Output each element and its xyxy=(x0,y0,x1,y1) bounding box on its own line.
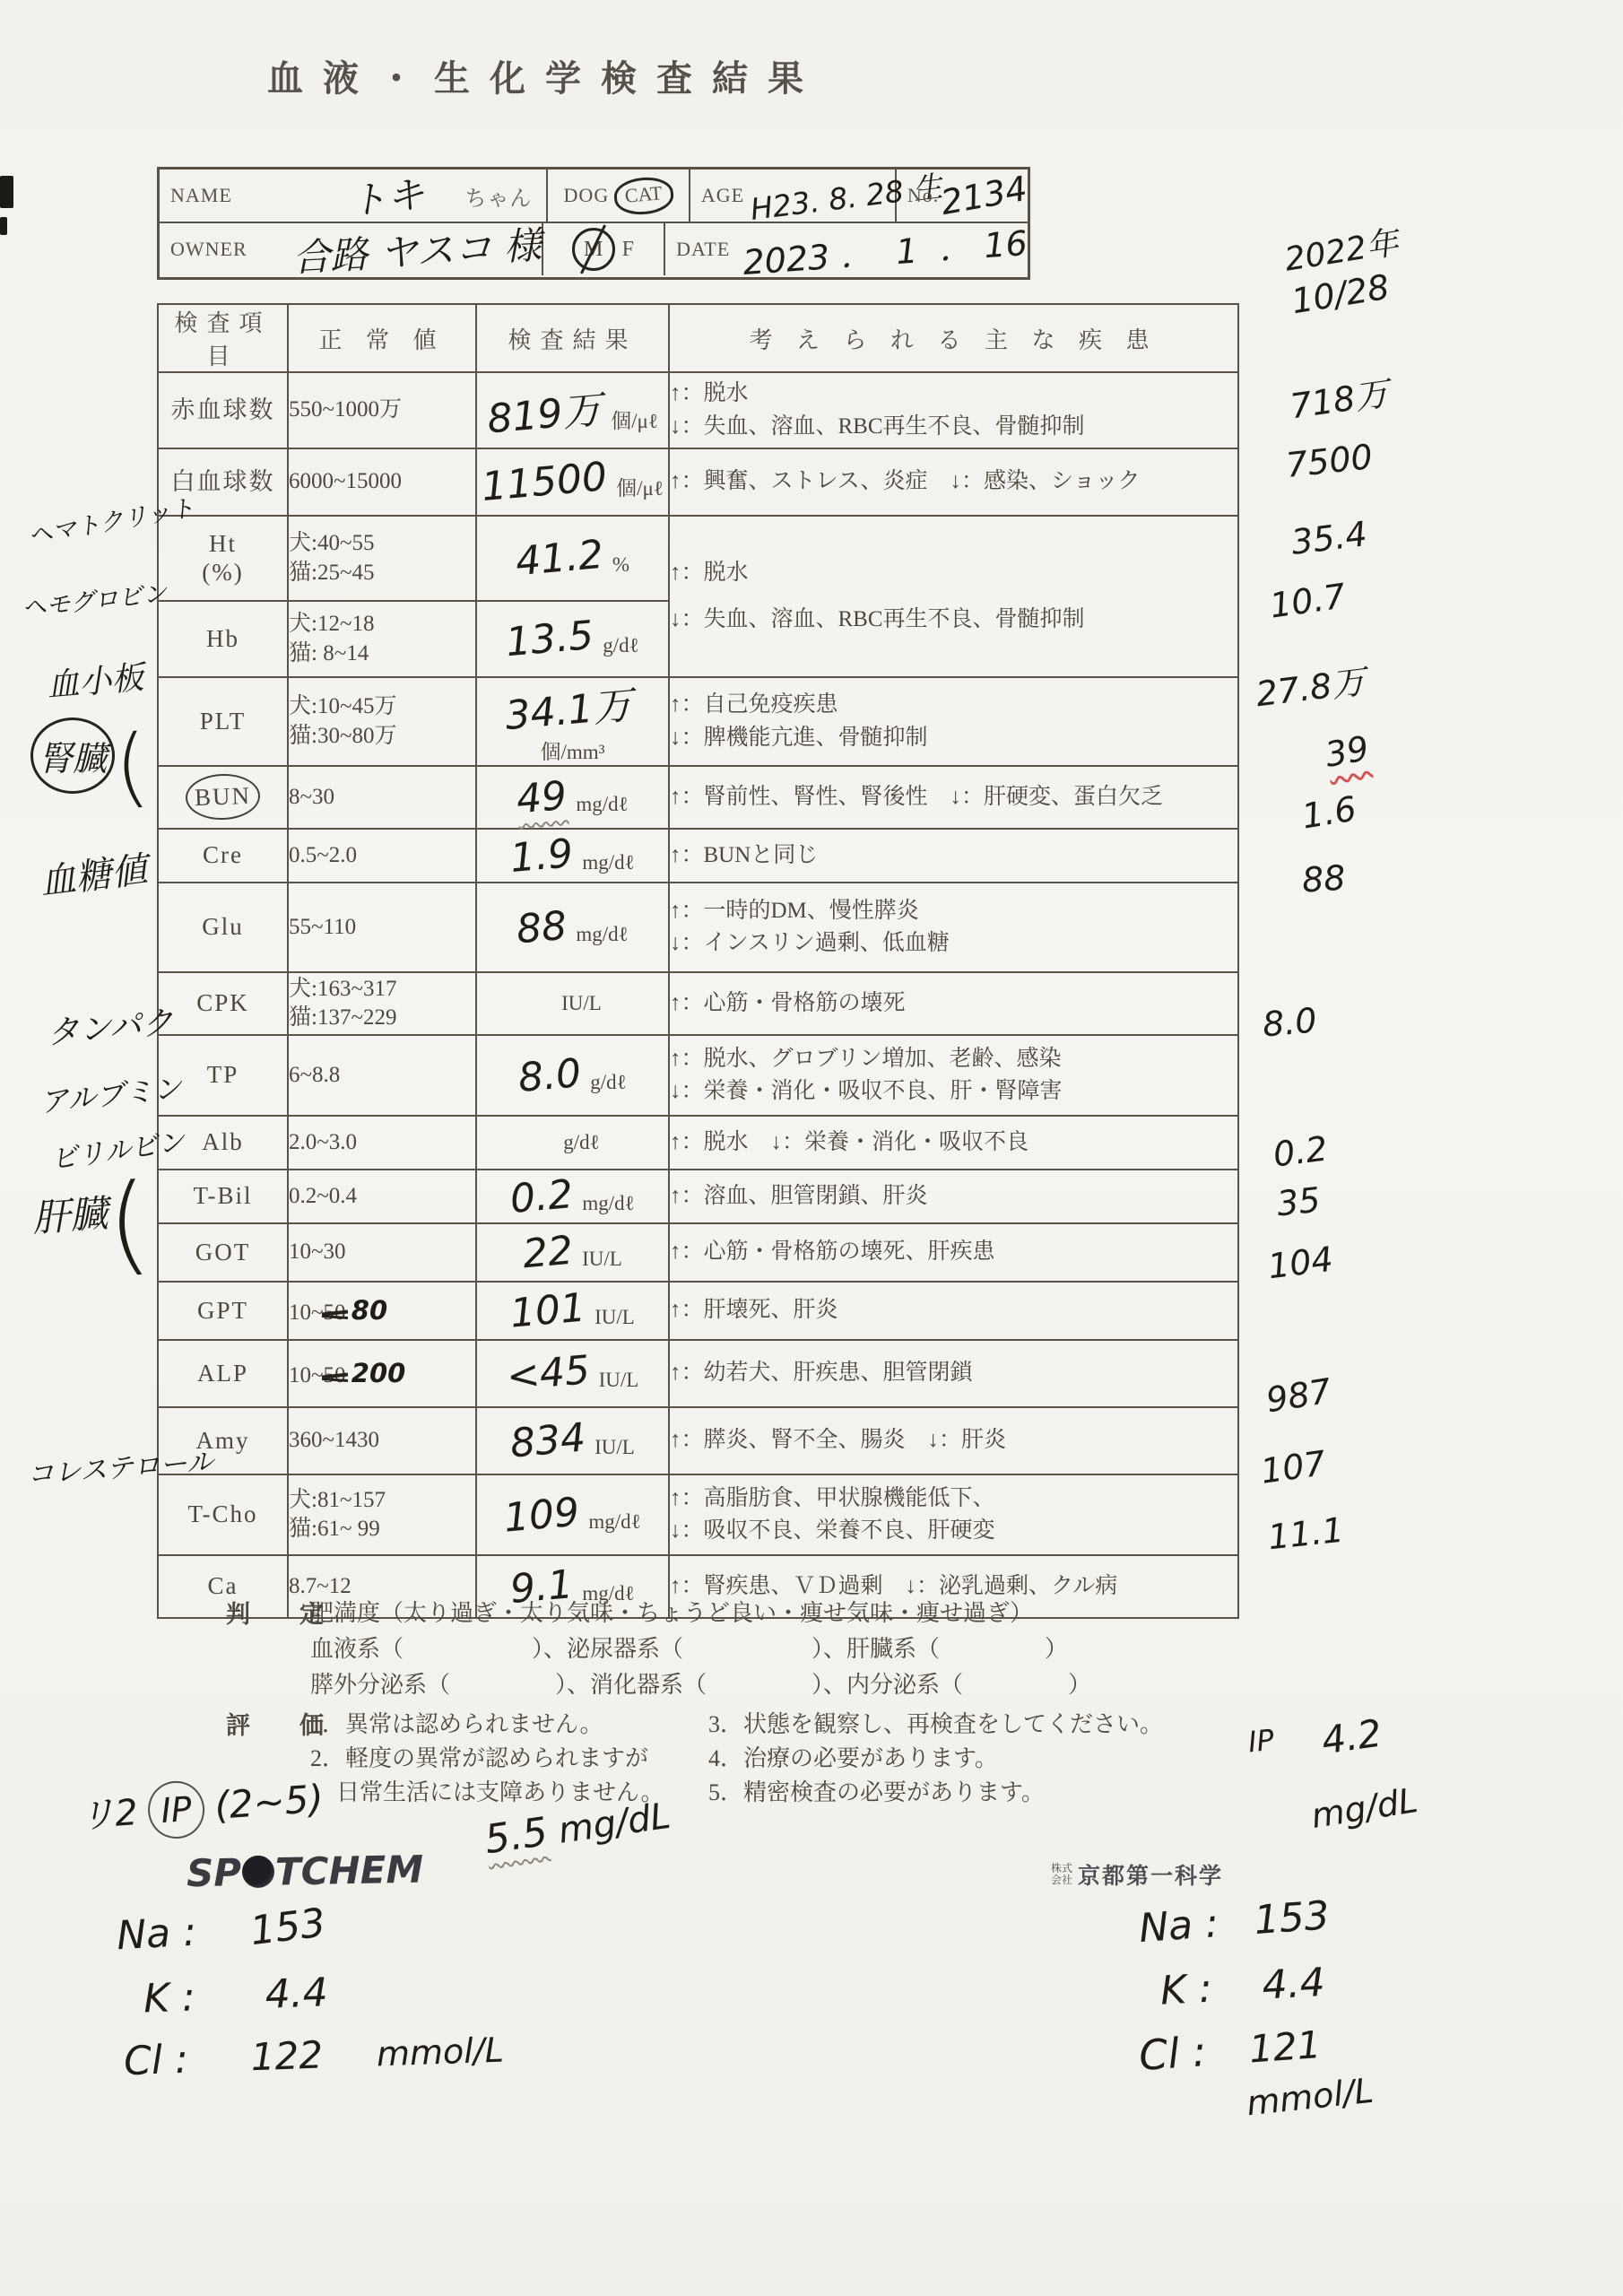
test-item-cell: T-Bil xyxy=(158,1170,288,1223)
na-value-right: 153 xyxy=(1253,1892,1331,1944)
circled-item-label: BUN xyxy=(185,773,261,822)
table-row: T-Bil0.2~0.40.2mg/dℓ↑：溶血、胆管閉鎖、肝炎 xyxy=(158,1170,1238,1223)
k-value-right: 4.4 xyxy=(1261,1960,1326,2009)
disease-cell: ↑：脱水↓：失血、溶血、RBC再生不良、骨髄抑制 xyxy=(669,516,1238,677)
margin-value-ca: 11.1 xyxy=(1266,1510,1346,1558)
table-row: PLT犬:10~45万猫:30~80万34.1万個/mm³↑：自己免疫疾患↓：脾… xyxy=(158,677,1238,766)
normal-range-cell: 6000~15000 xyxy=(288,448,476,516)
result-unit: IU/L xyxy=(582,1248,622,1270)
na-value: 153 xyxy=(247,1900,328,1954)
disease-cell: ↑：脱水、グロブリン増加、老齢、感染↓：栄養・消化・吸収不良、肝・腎障害 xyxy=(669,1035,1238,1116)
result-cell: 41.2% xyxy=(476,516,669,601)
normal-range-cell: 360~1430 xyxy=(288,1407,476,1474)
result-unit: g/dℓ xyxy=(563,1131,599,1153)
normal-range-cell: 10~30 xyxy=(288,1223,476,1282)
result-cell: 22IU/L xyxy=(476,1223,669,1282)
result-unit: mg/dℓ xyxy=(576,923,628,945)
disease-cell: ↑：腎前性、腎性、腎後性 ↓：肝硬変、蛋白欠乏 xyxy=(669,766,1238,829)
disease-cell: ↑：BUNと同じ xyxy=(669,829,1238,883)
evaluation-item1: 1．異常は認められません。 xyxy=(310,1706,603,1739)
table-row: GPT10~50 80101IU/L↑：肝壊死、肝炎 xyxy=(158,1282,1238,1340)
result-unit: IU/L xyxy=(561,992,602,1014)
margin-value-wbc: 7500 xyxy=(1284,437,1375,485)
na-label: Na : xyxy=(116,1909,197,1960)
table-row: Amy360~1430834IU/L↑：膵炎、腎不全、腸炎 ↓：肝炎 xyxy=(158,1407,1238,1474)
result-value: 34.1万 xyxy=(502,673,634,741)
table-row: 白血球数6000~1500011500個/μℓ↑：興奮、ストレス、炎症 ↓：感染… xyxy=(158,448,1238,516)
name-cell: NAME トキ ちゃん xyxy=(160,170,548,222)
left-note-hemoglobin: ヘモグロビン xyxy=(20,574,168,624)
margin-value-glu: 88 xyxy=(1301,857,1347,900)
result-unit: 個/μℓ xyxy=(611,410,658,432)
scan-artifact xyxy=(0,176,13,208)
cl-value-right: 121 xyxy=(1247,2022,1322,2071)
test-item-cell: Ht(%) xyxy=(158,516,288,601)
header-row-top: NAME トキ ちゃん DOG CAT AGE H23. 8. 28 生 No.… xyxy=(160,170,1028,223)
normal-range-cell: 10~50 200 xyxy=(288,1340,476,1407)
result-unit: g/dℓ xyxy=(590,1071,626,1093)
margin-value-gpt: 104 xyxy=(1266,1239,1335,1287)
owner-label: OWNER xyxy=(170,238,247,261)
normal-range-cell: 10~50 80 xyxy=(288,1282,476,1340)
normal-range-cell: 犬:40~55猫:25~45 xyxy=(288,516,476,601)
test-item-cell: PLT xyxy=(158,677,288,766)
results-table-wrap: 検査項目正 常 値検査結果考 え ら れ る 主 な 疾 患赤血球数550~10… xyxy=(157,303,1239,1619)
handwritten-correction: 80 xyxy=(352,1294,387,1328)
left-note-glucose: 血糖値 xyxy=(37,841,150,905)
result-cell: g/dℓ xyxy=(476,1116,669,1170)
name-value: トキ xyxy=(346,165,427,226)
result-unit: IU/L xyxy=(595,1306,635,1328)
margin-value-amy: 987 xyxy=(1263,1371,1334,1421)
judgement-line3: 膵外分泌系（ ）、消化器系（ ）、内分泌系（ ） xyxy=(310,1666,1091,1700)
result-value: 109 xyxy=(502,1489,581,1541)
results-table: 検査項目正 常 値検査結果考 え ら れ る 主 な 疾 患赤血球数550~10… xyxy=(157,303,1239,1619)
cl-unit-right: mmol/L xyxy=(1245,2071,1376,2124)
number-cell: No. 2134 xyxy=(897,170,1028,222)
scan-artifact xyxy=(0,217,7,235)
spotchem-logo-left: SP xyxy=(187,1850,242,1895)
result-cell: <45IU/L xyxy=(476,1340,669,1407)
evaluation-item4: 4．治療の必要があります。 xyxy=(708,1740,998,1773)
evaluation-item2: 2．軽度の異常が認められますが xyxy=(310,1740,648,1773)
test-item-cell: T-Cho xyxy=(158,1474,288,1555)
result-unit: IU/L xyxy=(599,1369,639,1391)
margin-value-tcho: 107 xyxy=(1258,1443,1328,1492)
evaluation-item5: 5．精密検査の必要があります。 xyxy=(708,1774,1045,1807)
date-cell: DATE 2023 ． 1 ． 16 xyxy=(665,223,1028,275)
table-row: T-Cho犬:81~157猫:61~ 99109mg/dℓ↑：高脂肪食、甲状腺機… xyxy=(158,1474,1238,1555)
left-note-protein: タンパク xyxy=(45,997,175,1054)
result-unit: 個/mm³ xyxy=(540,741,604,763)
test-item-cell: Cre xyxy=(158,829,288,883)
result-value: 22 xyxy=(521,1228,575,1278)
result-unit: IU/L xyxy=(595,1436,635,1458)
left-note-kidney-circled: 腎臓 xyxy=(30,717,115,794)
table-header-row: 検査項目正 常 値検査結果考 え ら れ る 主 な 疾 患 xyxy=(158,304,1238,372)
result-value: 13.5 xyxy=(504,613,595,665)
table-row: Cre0.5~2.01.9mg/dℓ↑：BUNと同じ xyxy=(158,829,1238,883)
left-note-liver: 肝臓( xyxy=(32,1182,150,1268)
k-label-right: K : xyxy=(1159,1966,1213,2014)
result-value: 101 xyxy=(508,1284,587,1336)
normal-range-cell: 2.0~3.0 xyxy=(288,1116,476,1170)
electrolytes-right: Na :153 K :4.4 Cl :121 mmol/L xyxy=(1139,1898,1374,2117)
patient-info-box: NAME トキ ちゃん DOG CAT AGE H23. 8. 28 生 No.… xyxy=(157,167,1030,280)
margin-value-tp: 8.0 xyxy=(1261,1000,1318,1044)
margin-value-rbc: 718万 xyxy=(1287,366,1392,429)
company-stamp: 株式 会社 京都第一科学 xyxy=(1051,1858,1223,1891)
na-label-right: Na : xyxy=(1138,1900,1220,1952)
result-cell: 49mg/dℓ xyxy=(476,766,669,829)
result-value: <45 xyxy=(505,1347,592,1400)
result-value: 49 xyxy=(515,772,568,822)
date-label: DATE xyxy=(676,238,730,261)
scanned-lab-report: 血液・生化学検査結果 NAME トキ ちゃん DOG CAT AGE H23. … xyxy=(0,0,1623,2296)
table-row: TP6~8.88.0g/dℓ↑：脱水、グロブリン増加、老齢、感染↓：栄養・消化・… xyxy=(158,1035,1238,1116)
margin-value-hb: 10.7 xyxy=(1267,576,1348,625)
result-unit: mg/dℓ xyxy=(576,793,628,815)
sex-cell: M F xyxy=(543,223,666,275)
normal-range-cell: 550~1000万 xyxy=(288,372,476,448)
left-note-liver-text: 肝臓 xyxy=(30,1184,109,1243)
result-value: 88 xyxy=(515,902,568,952)
spotchem-logo: SPTCHEM xyxy=(187,1848,424,1896)
right-ip-label: IP xyxy=(1246,1723,1276,1760)
test-item-cell: ALP xyxy=(158,1340,288,1407)
normal-range-cell: 0.5~2.0 xyxy=(288,829,476,883)
judgement-line2: 血液系（ ）、泌尿器系（ ）、肝臓系（ ） xyxy=(310,1631,1068,1664)
test-item-cell: BUN xyxy=(158,766,288,829)
test-item-cell: Hb xyxy=(158,601,288,677)
disease-cell: ↑：幼若犬、肝疾患、胆管閉鎖 xyxy=(669,1340,1238,1407)
k-value: 4.4 xyxy=(265,1970,329,2017)
result-cell: 109mg/dℓ xyxy=(476,1474,669,1555)
number-label: No. xyxy=(907,184,939,207)
test-item-cell: CPK xyxy=(158,972,288,1035)
disease-cell: ↑：興奮、ストレス、炎症 ↓：感染、ショック xyxy=(669,448,1238,516)
right-ip-value: 4.2 xyxy=(1319,1711,1384,1763)
date-value: 2023 ． 1 ． 16 xyxy=(742,214,1029,283)
result-cell: IU/L xyxy=(476,972,669,1035)
result-unit: mg/dℓ xyxy=(582,1192,634,1214)
margin-value-got: 35 xyxy=(1275,1180,1323,1224)
table-row: BUN8~3049mg/dℓ↑：腎前性、腎性、腎後性 ↓：肝硬変、蛋白欠乏 xyxy=(158,766,1238,829)
sex-male-label: M xyxy=(584,238,603,261)
result-cell: 8.0g/dℓ xyxy=(476,1035,669,1116)
column-header: 正 常 値 xyxy=(288,304,476,372)
left-ip-note: リ2 IP (2~5) xyxy=(77,1771,325,1846)
table-row: CPK犬:163~317猫:137~229IU/L↑：心筋・骨格筋の壊死 xyxy=(158,972,1238,1035)
left-ip-range: (2~5) xyxy=(213,1777,325,1828)
cl-unit: mmol/L xyxy=(376,2030,504,2074)
result-unit: mg/dℓ xyxy=(588,1510,640,1533)
struck-out-value: 50 xyxy=(324,1299,346,1328)
result-cell: 819万個/μℓ xyxy=(476,372,669,448)
result-cell: 1.9mg/dℓ xyxy=(476,829,669,883)
table-row: Ht(%)犬:40~55猫:25~4541.2%↑：脱水↓：失血、溶血、RBC再… xyxy=(158,516,1238,601)
cl-label-right: Cl : xyxy=(1137,2027,1208,2080)
sex-female-label: F xyxy=(622,238,635,262)
evaluation-item3: 3．状態を観察し、再検査をしてください。 xyxy=(708,1706,1163,1739)
species-cell: DOG CAT xyxy=(548,170,690,222)
result-value: 8.0 xyxy=(516,1050,583,1101)
sex-male-circled: M xyxy=(572,228,615,271)
k-label: K : xyxy=(143,1974,195,2022)
left-note-kidney-paren: ( xyxy=(112,732,151,803)
right-ip-unit: mg/dL xyxy=(1308,1780,1420,1836)
normal-range-cell: 0.2~0.4 xyxy=(288,1170,476,1223)
spotchem-logo-right: TCHEM xyxy=(275,1848,424,1894)
disease-cell: ↑：心筋・骨格筋の壊死、肝疾患 xyxy=(669,1223,1238,1282)
margin-value-bun: 39 xyxy=(1323,728,1372,775)
normal-range-cell: 犬:12~18猫: 8~14 xyxy=(288,601,476,677)
result-unit: mg/dℓ xyxy=(582,851,634,874)
margin-value-tbil: 0.2 xyxy=(1271,1128,1330,1174)
left-note-platelet: 血小板 xyxy=(45,652,145,706)
disease-cell: ↑：脱水↓：失血、溶血、RBC再生不良、骨髄抑制 xyxy=(669,372,1238,448)
company-stamp-name: 京都第一科学 xyxy=(1078,1858,1223,1891)
name-suffix: ちゃん xyxy=(464,180,532,212)
handwritten-correction: 200 xyxy=(352,1357,406,1391)
table-row: Alb2.0~3.0g/dℓ↑：脱水 ↓：栄養・消化・吸収不良 xyxy=(158,1116,1238,1170)
struck-out-value: 50 xyxy=(324,1361,346,1391)
test-item-cell: Glu xyxy=(158,883,288,972)
left-note-liver-paren: ( xyxy=(105,1180,152,1269)
result-value: 819万 xyxy=(485,377,604,444)
left-note-kidney: 腎臓( xyxy=(30,717,148,802)
left-ip-circled: IP xyxy=(146,1779,205,1840)
cl-value: 122 xyxy=(250,2033,324,2080)
disease-cell: ↑：肝壊死、肝炎 xyxy=(669,1282,1238,1340)
company-stamp-prefix2: 会社 xyxy=(1051,1874,1072,1886)
result-value: 834 xyxy=(508,1414,587,1466)
page-title: 血液・生化学検査結果 xyxy=(267,50,823,101)
result-value: 11500 xyxy=(480,454,609,510)
result-cell: 34.1万個/mm³ xyxy=(476,677,669,766)
result-unit: % xyxy=(612,553,629,576)
table-row: 赤血球数550~1000万819万個/μℓ↑：脱水↓：失血、溶血、RBC再生不良… xyxy=(158,372,1238,448)
test-item-cell: 赤血球数 xyxy=(158,372,288,448)
result-unit: 個/μℓ xyxy=(616,477,664,500)
result-cell: 101IU/L xyxy=(476,1282,669,1340)
disease-cell: ↑：膵炎、腎不全、腸炎 ↓：肝炎 xyxy=(669,1407,1238,1474)
disease-cell: ↑：心筋・骨格筋の壊死 xyxy=(669,972,1238,1035)
age-cell: AGE H23. 8. 28 生 xyxy=(690,170,897,222)
result-cell: 0.2mg/dℓ xyxy=(476,1170,669,1223)
electrolytes-left: Na :153 K :4.4 Cl :122mmol/L xyxy=(117,1903,504,2078)
phosphorus-value: 5.5 xyxy=(482,1809,550,1863)
column-header: 検査項目 xyxy=(158,304,288,372)
disease-cell: ↑：高脂肪食、甲状腺機能低下、↓：吸収不良、栄養不良、肝硬変 xyxy=(669,1474,1238,1555)
age-label: AGE xyxy=(701,184,744,207)
normal-range-cell: 犬:10~45万猫:30~80万 xyxy=(288,677,476,766)
spotchem-logo-o-icon xyxy=(242,1856,275,1889)
owner-cell: OWNER 合路 ヤスコ 様 xyxy=(160,223,543,275)
normal-range-cell: 犬:163~317猫:137~229 xyxy=(288,972,476,1035)
result-unit: g/dℓ xyxy=(603,634,638,657)
header-row-bottom: OWNER 合路 ヤスコ 様 M F DATE 2023 ． 1 ． 16 xyxy=(160,223,1028,275)
normal-range-cell: 6~8.8 xyxy=(288,1035,476,1116)
result-value: 1.9 xyxy=(508,831,575,882)
normal-range-cell: 55~110 xyxy=(288,883,476,972)
test-item-cell: GPT xyxy=(158,1282,288,1340)
result-cell: 88mg/dℓ xyxy=(476,883,669,972)
normal-range-cell: 8~30 xyxy=(288,766,476,829)
number-value: 2134 xyxy=(938,169,1030,222)
column-header: 検査結果 xyxy=(476,304,669,372)
disease-cell: ↑：脱水 ↓：栄養・消化・吸収不良 xyxy=(669,1116,1238,1170)
column-header: 考 え ら れ る 主 な 疾 患 xyxy=(669,304,1238,372)
normal-range-cell: 犬:81~157猫:61~ 99 xyxy=(288,1474,476,1555)
owner-value: 合路 ヤスコ 様 xyxy=(291,216,542,283)
result-cell: 834IU/L xyxy=(476,1407,669,1474)
result-value: 41.2 xyxy=(514,532,605,585)
margin-value-ht: 35.4 xyxy=(1289,514,1369,562)
result-cell: 13.5g/dℓ xyxy=(476,601,669,677)
margin-value-plt: 27.8万 xyxy=(1253,654,1367,717)
species-cat-circled: CAT xyxy=(613,175,675,217)
species-cat-label: CAT xyxy=(624,181,664,207)
table-row: ALP10~50 200<45IU/L↑：幼若犬、肝疾患、胆管閉鎖 xyxy=(158,1340,1238,1407)
result-value xyxy=(545,1149,554,1150)
species-dog-label: DOG xyxy=(564,184,610,207)
judgement-line1: 肥満度（太り過ぎ・太り気味・ちょうど良い・痩せ気味・痩せ過ぎ） xyxy=(310,1595,1033,1628)
test-item-cell: GOT xyxy=(158,1223,288,1282)
result-value: 0.2 xyxy=(508,1171,575,1222)
name-label: NAME xyxy=(170,184,232,207)
table-row: Glu55~11088mg/dℓ↑：一時的DM、慢性膵炎↓：インスリン過剰、低血… xyxy=(158,883,1238,972)
company-stamp-prefix: 株式 会社 xyxy=(1051,1863,1072,1885)
result-value xyxy=(543,1010,552,1011)
result-cell: 11500個/μℓ xyxy=(476,448,669,516)
table-row: GOT10~3022IU/L↑：心筋・骨格筋の壊死、肝疾患 xyxy=(158,1223,1238,1282)
disease-cell: ↑：溶血、胆管閉鎖、肝炎 xyxy=(669,1170,1238,1223)
disease-cell: ↑：自己免疫疾患↓：脾機能亢進、骨髄抑制 xyxy=(669,677,1238,766)
cl-label: Cl : xyxy=(123,2037,189,2084)
disease-cell: ↑：一時的DM、慢性膵炎↓：インスリン過剰、低血糖 xyxy=(669,883,1238,972)
left-ip-prefix: リ2 xyxy=(77,1784,139,1839)
margin-value-cre: 1.6 xyxy=(1299,789,1359,837)
